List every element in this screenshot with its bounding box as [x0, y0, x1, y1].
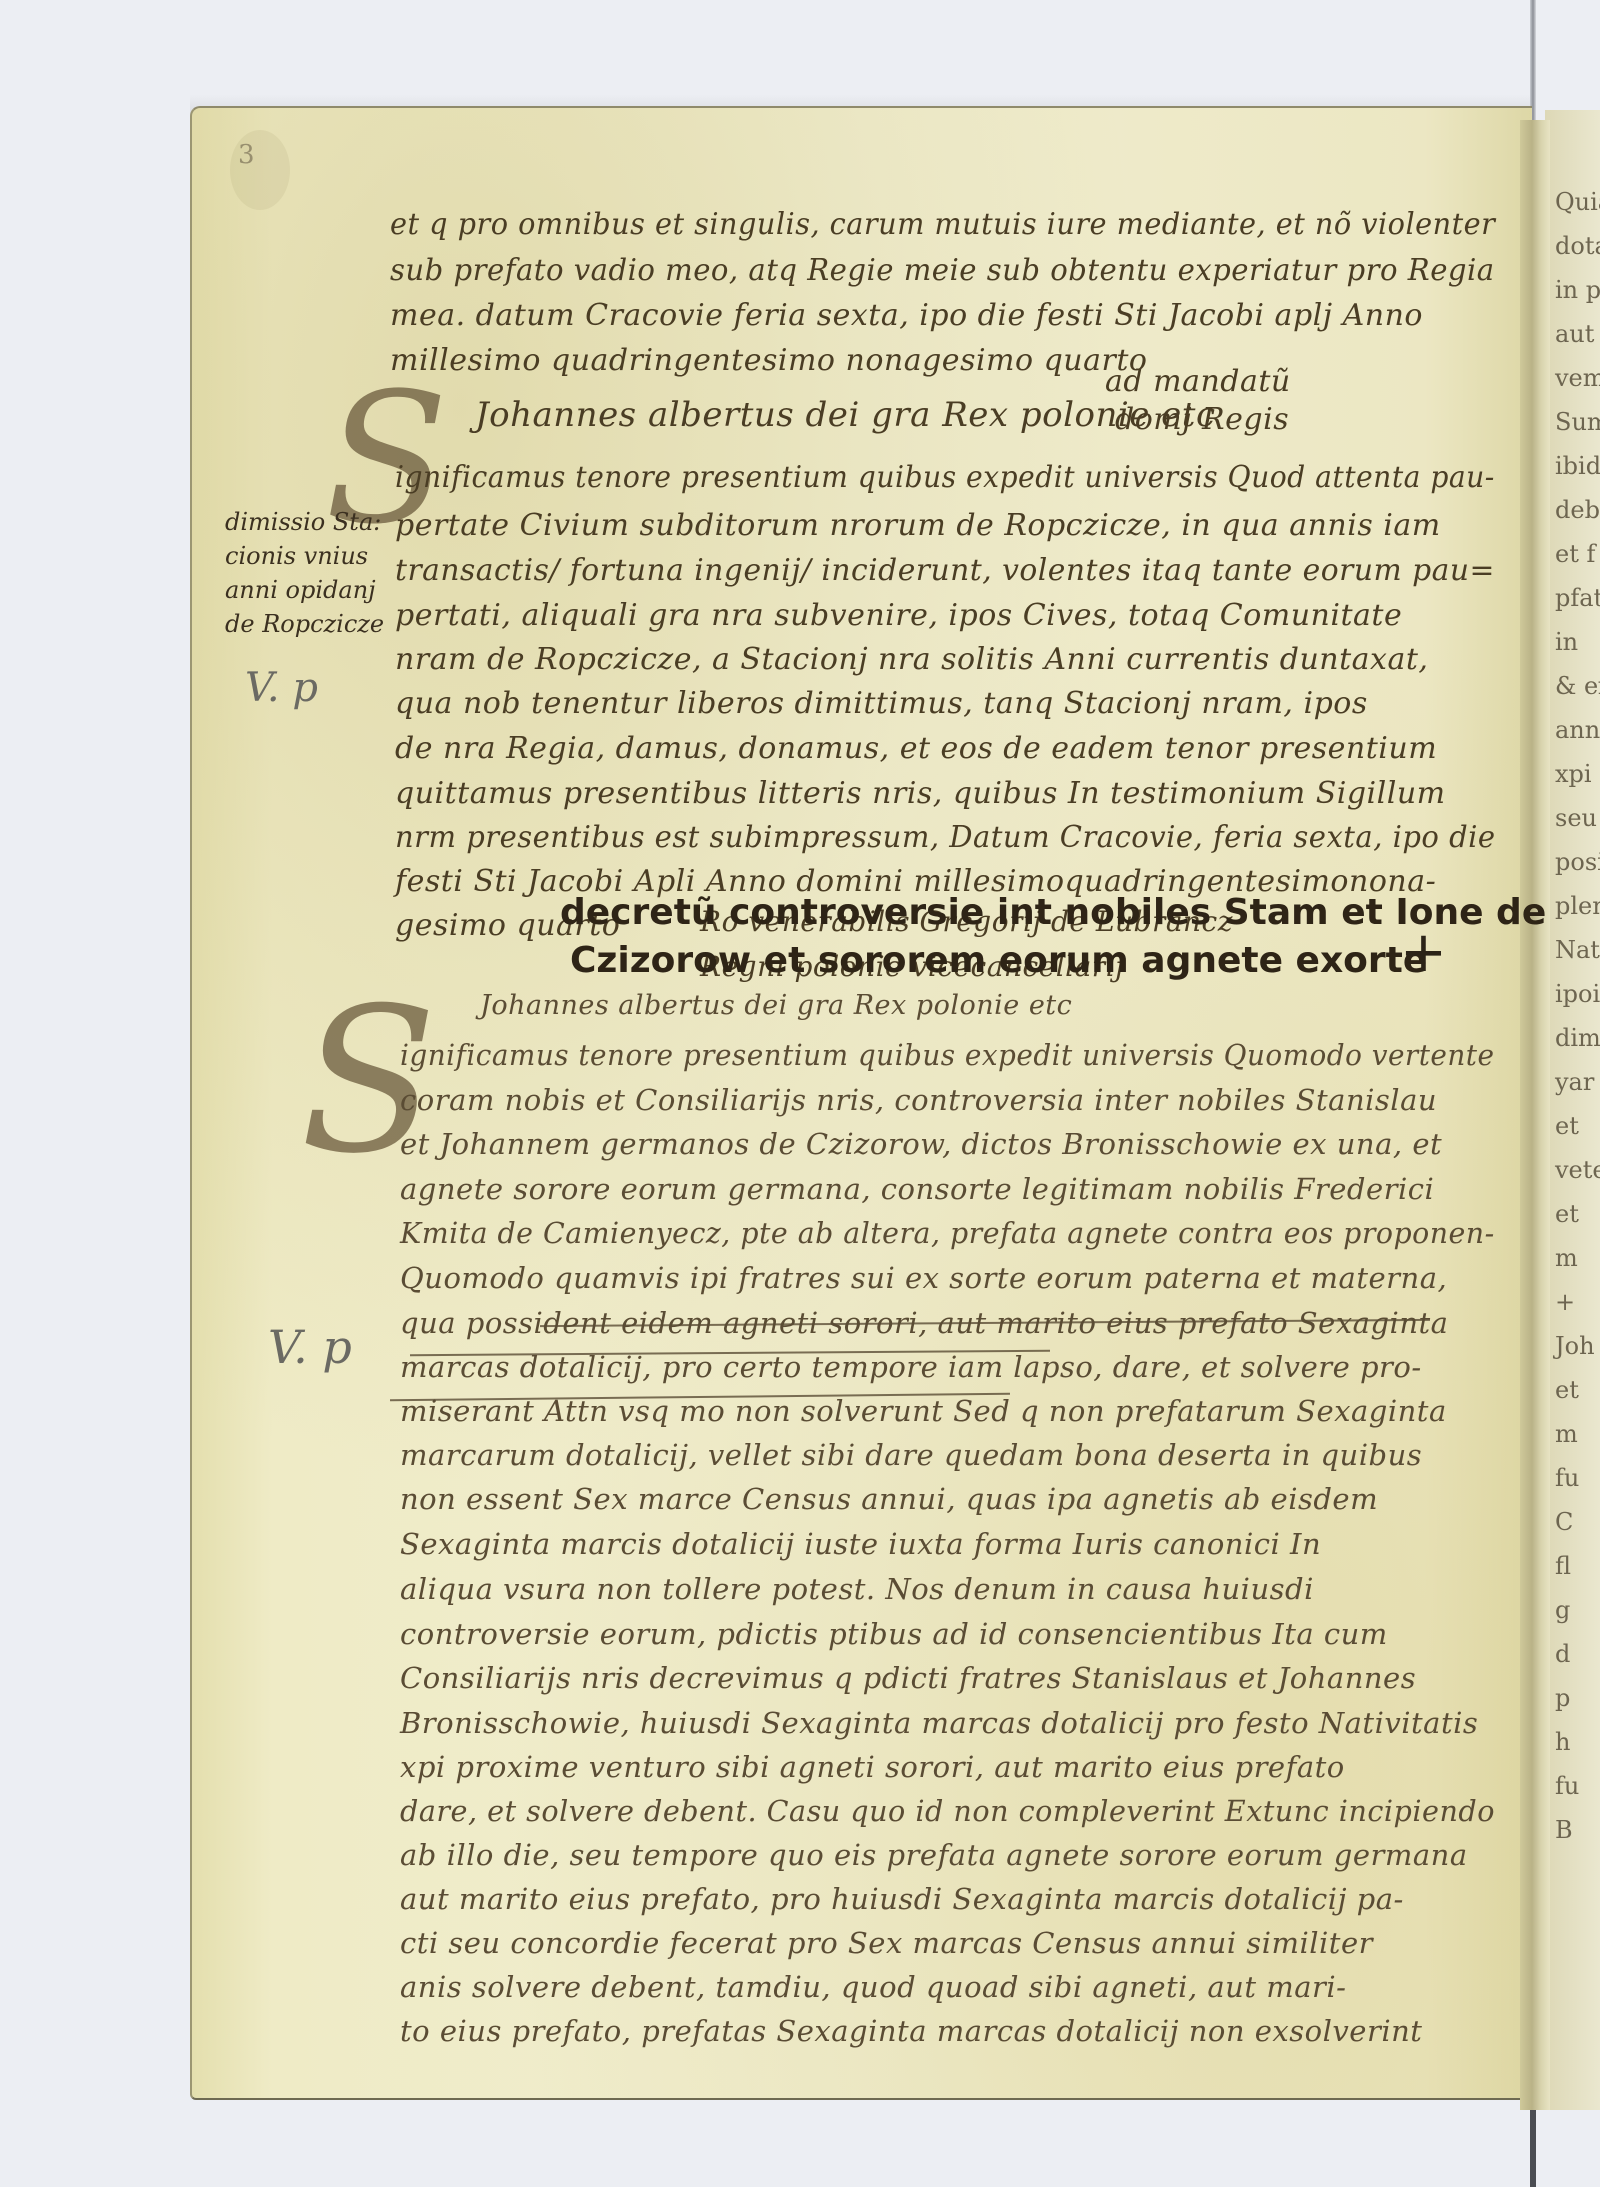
decorated-initial: S: [300, 965, 437, 1198]
facing-page-fragment: fl: [1545, 1544, 1600, 1588]
facing-page-fragment: C: [1545, 1500, 1600, 1544]
facing-page-fragment: dota: [1545, 224, 1600, 268]
facing-page-fragment: dim: [1545, 1016, 1600, 1060]
text-line: aliqua vsura non tollere potest. Nos den…: [400, 1572, 1314, 1606]
text-line: non essent Sex marce Census annui, quas …: [400, 1482, 1378, 1516]
facing-page-fragment: d: [1545, 1632, 1600, 1676]
facing-page-fragment: B: [1545, 1808, 1600, 1852]
text-line: pertate Civium subditorum nrorum de Ropc…: [395, 508, 1441, 543]
facing-page-fragment: vem: [1545, 356, 1600, 400]
facing-page-fragment: m: [1545, 1412, 1600, 1456]
facing-page-fragment: Nati: [1545, 928, 1600, 972]
text-line: qua nob tenentur liberos dimittimus, tan…: [395, 686, 1368, 721]
facing-page-fragment: Quia: [1545, 180, 1600, 224]
facing-page-fragment: et: [1545, 1192, 1600, 1236]
facing-page-fragment: +: [1545, 1280, 1600, 1324]
text-line: nram de Ropczicze, a Stacionj nra soliti…: [395, 642, 1428, 677]
text-line: transactis/ fortuna ingenij/ inciderunt,…: [395, 553, 1495, 588]
facing-page-fragment: p: [1545, 1676, 1600, 1720]
facing-page-fragment: plen: [1545, 884, 1600, 928]
pencil-annotation: V. p: [268, 1320, 352, 1374]
facing-page-fragment: ipoi: [1545, 972, 1600, 1016]
facing-page-fragment: Sum: [1545, 400, 1600, 444]
facing-page-fragment: & ex: [1545, 664, 1600, 708]
facing-page-fragment: debe: [1545, 488, 1600, 532]
facing-page-fragment: vete: [1545, 1148, 1600, 1192]
text-line: sub prefato vadio meo, atq Regie meie su…: [390, 253, 1495, 288]
text-line: to eius prefato, prefatas Sexaginta marc…: [400, 2014, 1422, 2048]
marginal-note: dimissio Sta: cionis vnius anni opidanj …: [225, 505, 384, 641]
facing-page-fragment: h: [1545, 1720, 1600, 1764]
text-line: Sexaginta marcis dotalicij iuste iuxta f…: [400, 1527, 1321, 1561]
facing-page-fragment: in p: [1545, 268, 1600, 312]
text-line: Bronisschowie, huiusdi Sexaginta marcas …: [400, 1706, 1478, 1740]
text-line: de nra Regia, damus, donamus, et eos de …: [395, 731, 1437, 766]
cross-mark: +: [1400, 920, 1447, 985]
text-line: cti seu concordie fecerat pro Sex marcas…: [400, 1926, 1373, 1960]
marginal-note-line: cionis vnius: [225, 539, 384, 573]
marginal-note-line: anni opidanj: [225, 573, 384, 607]
facing-page: Quiadotain pautvemSumibiddebeet fpfatin&…: [1545, 110, 1600, 2110]
text-line: ab illo die, seu tempore quo eis prefata…: [400, 1838, 1468, 1872]
text-line: dare, et solvere debent. Casu quo id non…: [400, 1794, 1495, 1828]
marginal-note-line: dimissio Sta:: [225, 505, 384, 539]
facing-page-fragment: seu: [1545, 796, 1600, 840]
binding-gutter: [1520, 120, 1550, 2110]
text-line: ignificamus tenore presentium quibus exp…: [400, 1038, 1494, 1072]
text-line: nrm presentibus est subimpressum, Datum …: [395, 820, 1496, 855]
letter-heading: Johannes albertus dei gra Rex polonie et…: [480, 990, 1072, 1021]
facing-page-fragment: fu: [1545, 1456, 1600, 1500]
facing-page-fragment: yar: [1545, 1060, 1600, 1104]
text-line: anis solvere debent, tamdiu, quod quoad …: [400, 1970, 1346, 2004]
marginal-note-line: de Ropczicze: [225, 607, 384, 641]
pencil-annotation: V. p: [245, 665, 318, 711]
facing-page-fragment: in: [1545, 620, 1600, 664]
facing-page-fragment: et f: [1545, 532, 1600, 576]
text-line: Quomodo quamvis ipi fratres sui ex sorte…: [400, 1261, 1447, 1295]
letter-heading: Johannes albertus dei gra Rex polonie et…: [475, 395, 1216, 435]
facing-page-fragment: g: [1545, 1588, 1600, 1632]
rubric-heading: Czizorow et sororem eorum agnete exorte: [570, 940, 1427, 981]
facing-page-fragment: pfat: [1545, 576, 1600, 620]
facing-page-fragment: ibid: [1545, 444, 1600, 488]
facing-page-fragment: aut: [1545, 312, 1600, 356]
facing-page-fragment: anni: [1545, 708, 1600, 752]
text-line: Consiliarijs nris decrevimus q pdicti fr…: [400, 1661, 1416, 1695]
text-line: marcarum dotalicij, vellet sibi dare que…: [400, 1438, 1422, 1472]
text-line: mea. datum Cracovie feria sexta, ipo die…: [390, 298, 1423, 333]
facing-page-fragment: et: [1545, 1368, 1600, 1412]
facing-page-fragment: et: [1545, 1104, 1600, 1148]
text-line: quittamus presentibus litteris nris, qui…: [395, 776, 1446, 811]
text-line: et Johannem germanos de Czizorow, dictos…: [400, 1127, 1442, 1161]
facing-page-fragment: posi: [1545, 840, 1600, 884]
text-line: aut marito eius prefato, pro huiusdi Sex…: [400, 1882, 1404, 1916]
text-line: xpi proxime venturo sibi agneti sorori, …: [400, 1750, 1345, 1784]
facing-page-fragment: xpi: [1545, 752, 1600, 796]
text-line: controversie eorum, pdictis ptibus ad id…: [400, 1617, 1388, 1651]
text-line: et q pro omnibus et singulis, carum mutu…: [390, 207, 1495, 242]
text-line: millesimo quadringentesimo nonagesimo qu…: [390, 343, 1147, 378]
text-line: ignificamus tenore presentium quibus exp…: [395, 460, 1495, 495]
text-line: Kmita de Camienyecz, pte ab altera, pref…: [400, 1216, 1495, 1250]
ad-mandatum-line: ad mandatũ: [1105, 364, 1291, 399]
folio-mark: 3: [238, 140, 255, 170]
facing-page-fragment: fu: [1545, 1764, 1600, 1808]
facing-page-fragment: m: [1545, 1236, 1600, 1280]
rubric-heading: decretũ controversie int nobiles Stam et…: [560, 892, 1546, 933]
text-line: coram nobis et Consiliarijs nris, contro…: [400, 1083, 1437, 1117]
facing-page-fragment: Joh: [1545, 1324, 1600, 1368]
text-line: pertati, aliquali gra nra subvenire, ipo…: [395, 598, 1402, 633]
text-line: agnete sorore eorum germana, consorte le…: [400, 1172, 1434, 1206]
facing-page-text: Quiadotain pautvemSumibiddebeet fpfatin&…: [1545, 110, 1600, 1852]
